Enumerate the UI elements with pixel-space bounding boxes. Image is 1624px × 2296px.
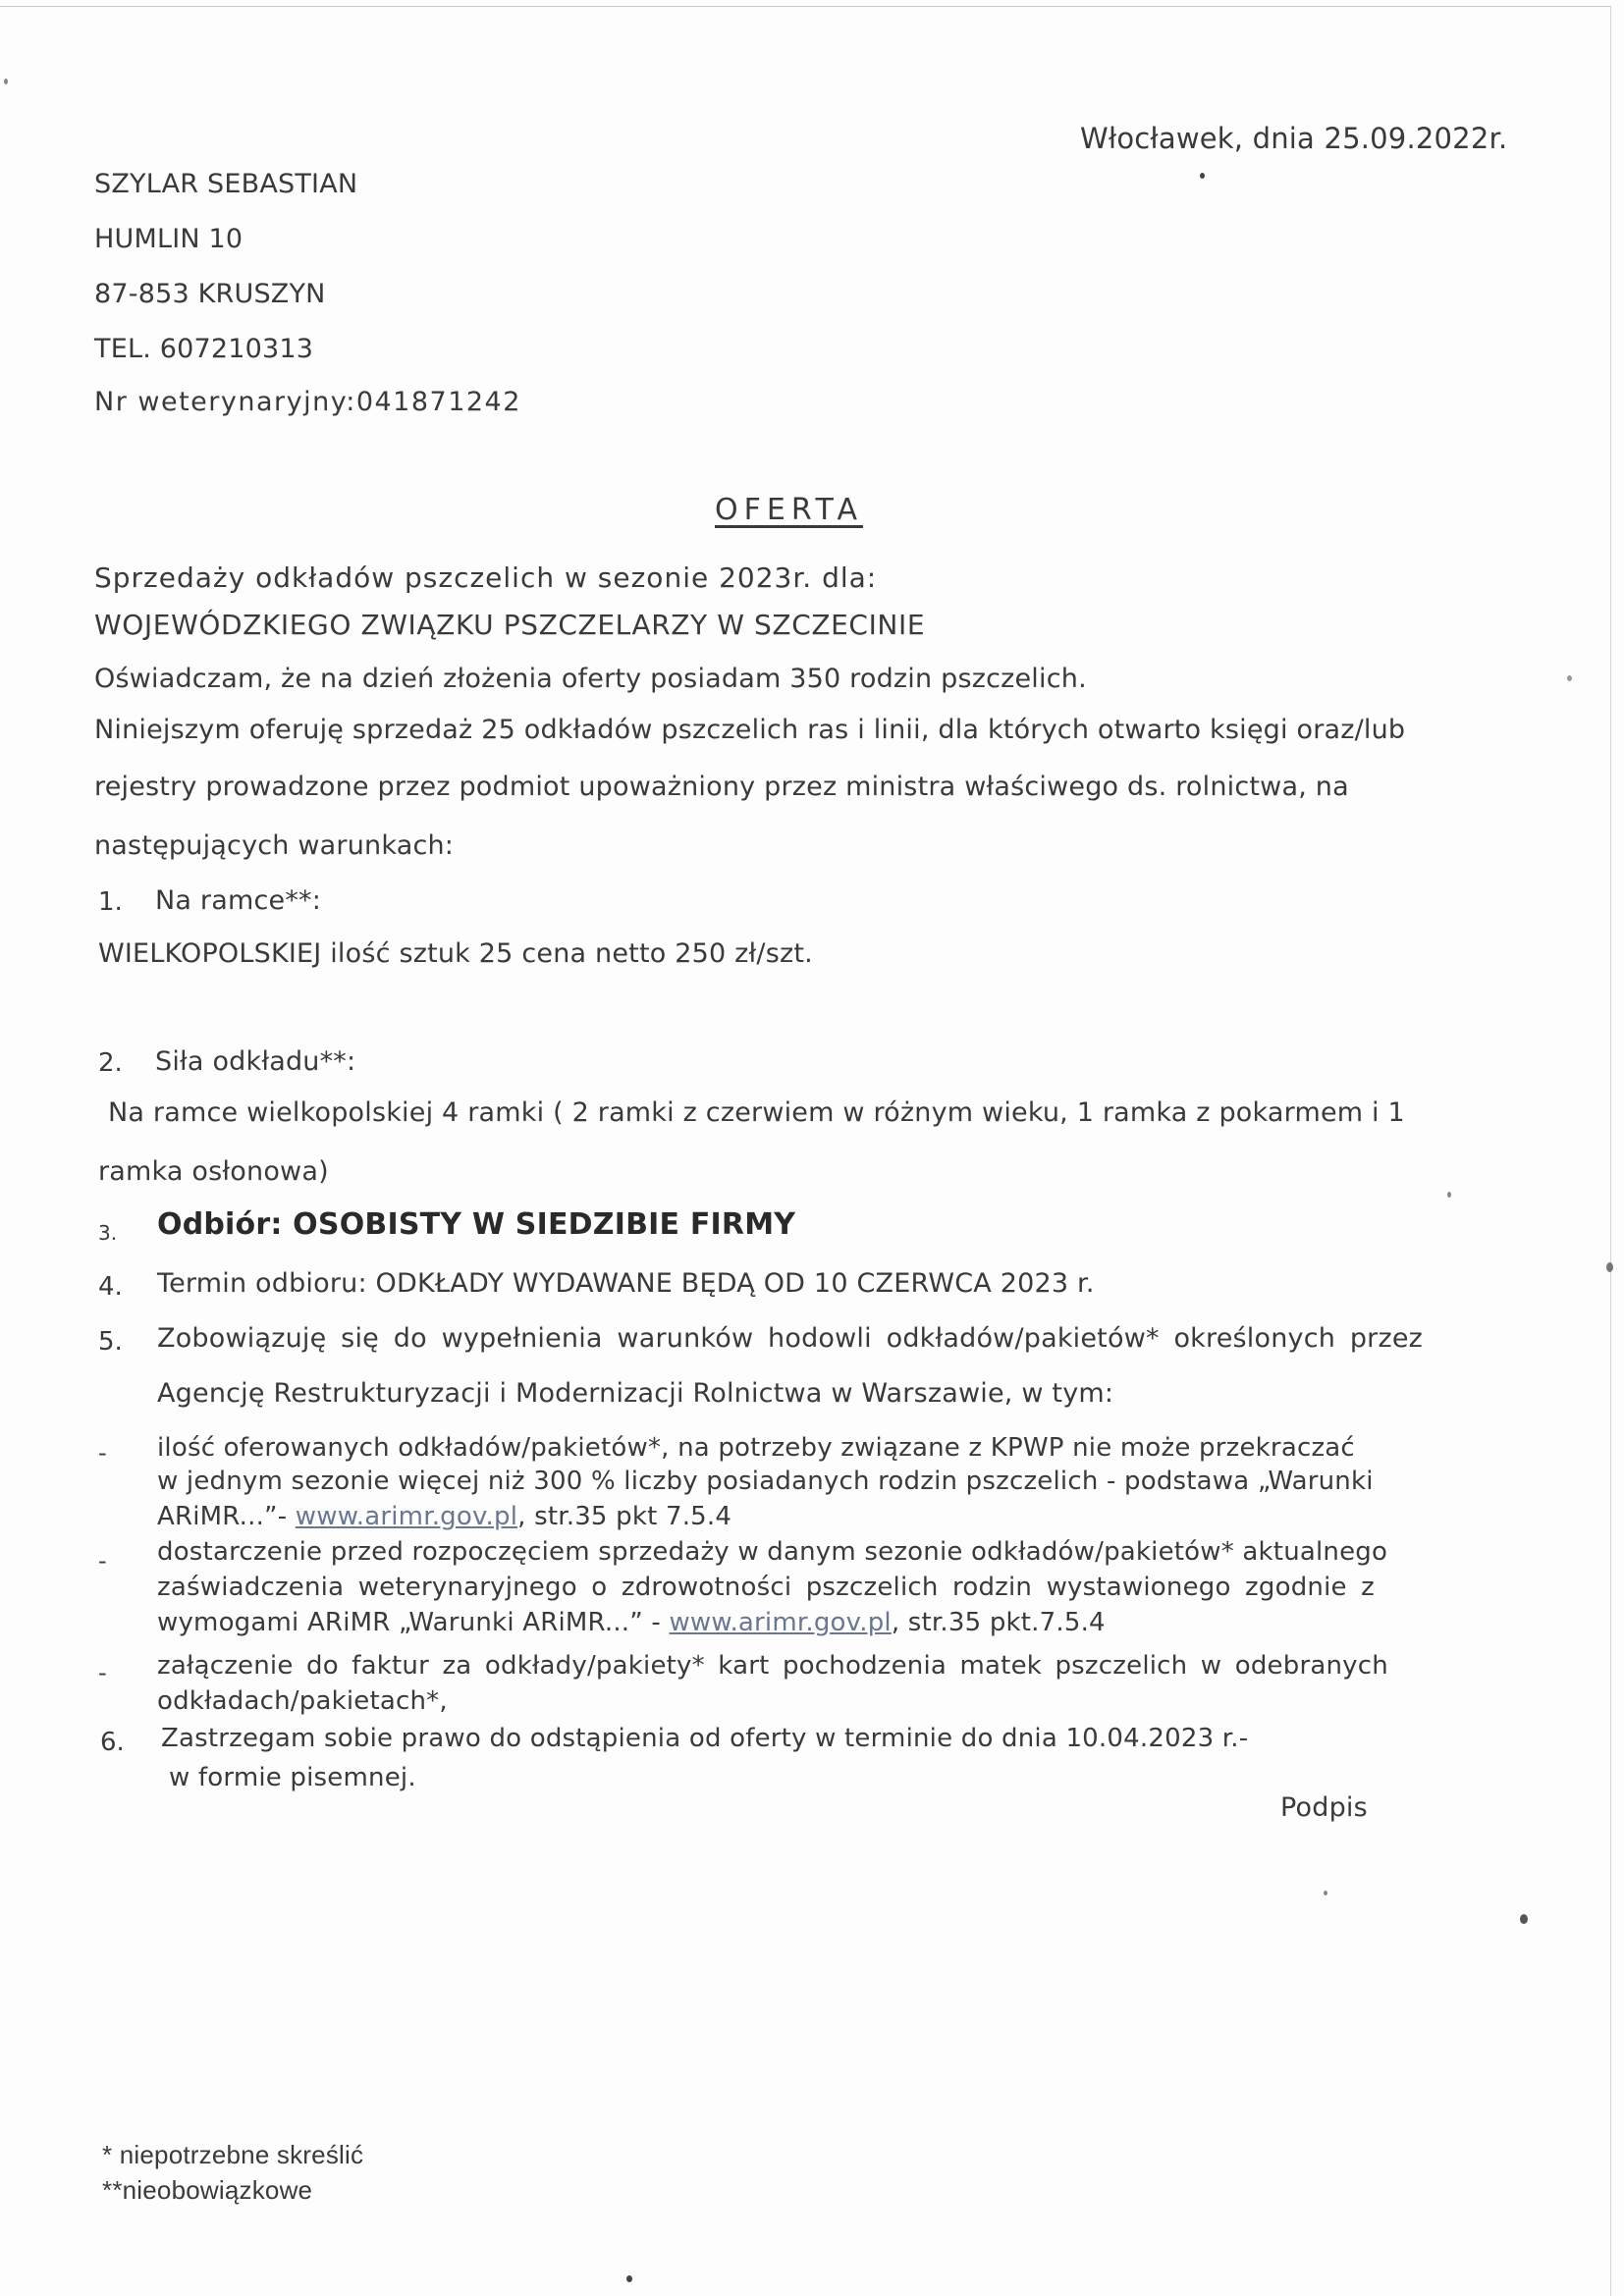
arimr-link[interactable]: www.arimr.gov.pl	[669, 1608, 891, 1637]
sender-address-line1: HUMLIN 10	[94, 224, 243, 254]
footnote: * niepotrzebne skreślić	[102, 2140, 363, 2170]
bullet-text-line: ilość oferowanych odkładów/pakietów*, na…	[157, 1433, 1355, 1463]
item-detail: Na ramce wielkopolskiej 4 ramki ( 2 ramk…	[108, 1097, 1405, 1128]
item-number: 3.	[98, 1221, 117, 1245]
bullet-dash: -	[98, 1547, 107, 1575]
bullet-dash: -	[98, 1439, 107, 1467]
item-label: Siła odkładu**:	[155, 1046, 355, 1077]
sender-vet-number: Nr weterynaryjny:041871242	[94, 387, 521, 417]
bullet-text: , str.35 pkt 7.5.4	[517, 1502, 731, 1531]
recipient: WOJEWÓDZKIEGO ZWIĄZKU PSZCZELARZY W SZCZ…	[94, 609, 925, 641]
scan-speck	[626, 2275, 632, 2282]
page-edge	[0, 6, 1610, 7]
pickup-date: Termin odbioru: ODKŁADY WYDAWANE BĘDĄ OD…	[157, 1268, 1095, 1299]
item-detail: ramka osłonowa)	[98, 1156, 329, 1187]
bullet-text-line: odkładach/pakietach*,	[157, 1686, 448, 1716]
place-date: Włocławek, dnia 25.09.2022r.	[1080, 122, 1507, 155]
bullet-text: ARiMR...”-	[157, 1502, 296, 1531]
item-label: Na ramce**:	[155, 885, 321, 916]
bullet-text-line: załączenie do faktur za odkłady/pakiety*…	[157, 1651, 1388, 1681]
scan-speck	[1567, 675, 1572, 681]
scan-speck	[1200, 173, 1205, 179]
item-detail: WIELKOPOLSKIEJ ilość sztuk 25 cena netto…	[98, 938, 813, 969]
pickup-method: Odbiór: OSOBISTY W SIEDZIBIE FIRMY	[157, 1207, 795, 1242]
item-text-line: Agencję Restrukturyzacji i Modernizacji …	[157, 1378, 1113, 1409]
item-number: 1.	[98, 887, 123, 917]
page-edge	[1610, 6, 1611, 2296]
arimr-link[interactable]: www.arimr.gov.pl	[296, 1502, 517, 1531]
offer-text-line: rejestry prowadzone przez podmiot upoważ…	[94, 772, 1349, 802]
scan-speck	[1447, 1192, 1451, 1198]
item-number: 6.	[100, 1728, 125, 1757]
item-number: 2.	[98, 1048, 123, 1078]
bullet-text-line: ARiMR...”- www.arimr.gov.pl, str.35 pkt …	[157, 1502, 731, 1531]
offer-text-line: Niniejszym oferuję sprzedaż 25 odkładów …	[94, 715, 1405, 745]
item-text-line: Zobowiązuję się do wypełnienia warunków …	[157, 1323, 1423, 1354]
document-title: OFERTA	[715, 493, 863, 527]
sender-name: SZYLAR SEBASTIAN	[94, 169, 357, 199]
bullet-text-line: w jednym sezonie więcej niż 300 % liczby…	[157, 1467, 1374, 1496]
signature-label: Podpis	[1280, 1792, 1368, 1823]
scan-speck	[1606, 1262, 1613, 1272]
withdrawal-clause: w formie pisemnej.	[169, 1763, 416, 1792]
bullet-dash: -	[98, 1659, 107, 1686]
declaration: Oświadczam, że na dzień złożenia oferty …	[94, 664, 1087, 694]
bullet-text-line: dostarczenie przed rozpoczęciem sprzedaż…	[157, 1537, 1387, 1567]
intro-line: Sprzedaży odkładów pszczelich w sezonie …	[94, 561, 877, 594]
bullet-text: wymogami ARiMR „Warunki ARiMR...” -	[157, 1608, 669, 1637]
bullet-text-line: zaświadczenia weterynaryjnego o zdrowotn…	[157, 1573, 1375, 1602]
sender-phone: TEL. 607210313	[94, 334, 313, 364]
offer-text-line: następujących warunkach:	[94, 830, 454, 861]
withdrawal-clause: Zastrzegam sobie prawo do odstąpienia od…	[161, 1724, 1248, 1753]
bullet-text-line: wymogami ARiMR „Warunki ARiMR...” - www.…	[157, 1608, 1106, 1637]
sender-address-line2: 87-853 KRUSZYN	[94, 279, 326, 309]
scan-speck	[1324, 1891, 1327, 1896]
item-number: 4.	[98, 1272, 123, 1302]
footnote: **nieobowiązkowe	[102, 2175, 312, 2206]
bullet-text: , str.35 pkt.7.5.4	[892, 1608, 1106, 1637]
scan-speck	[1520, 1914, 1528, 1924]
item-number: 5.	[98, 1327, 123, 1357]
scan-speck	[4, 79, 8, 84]
